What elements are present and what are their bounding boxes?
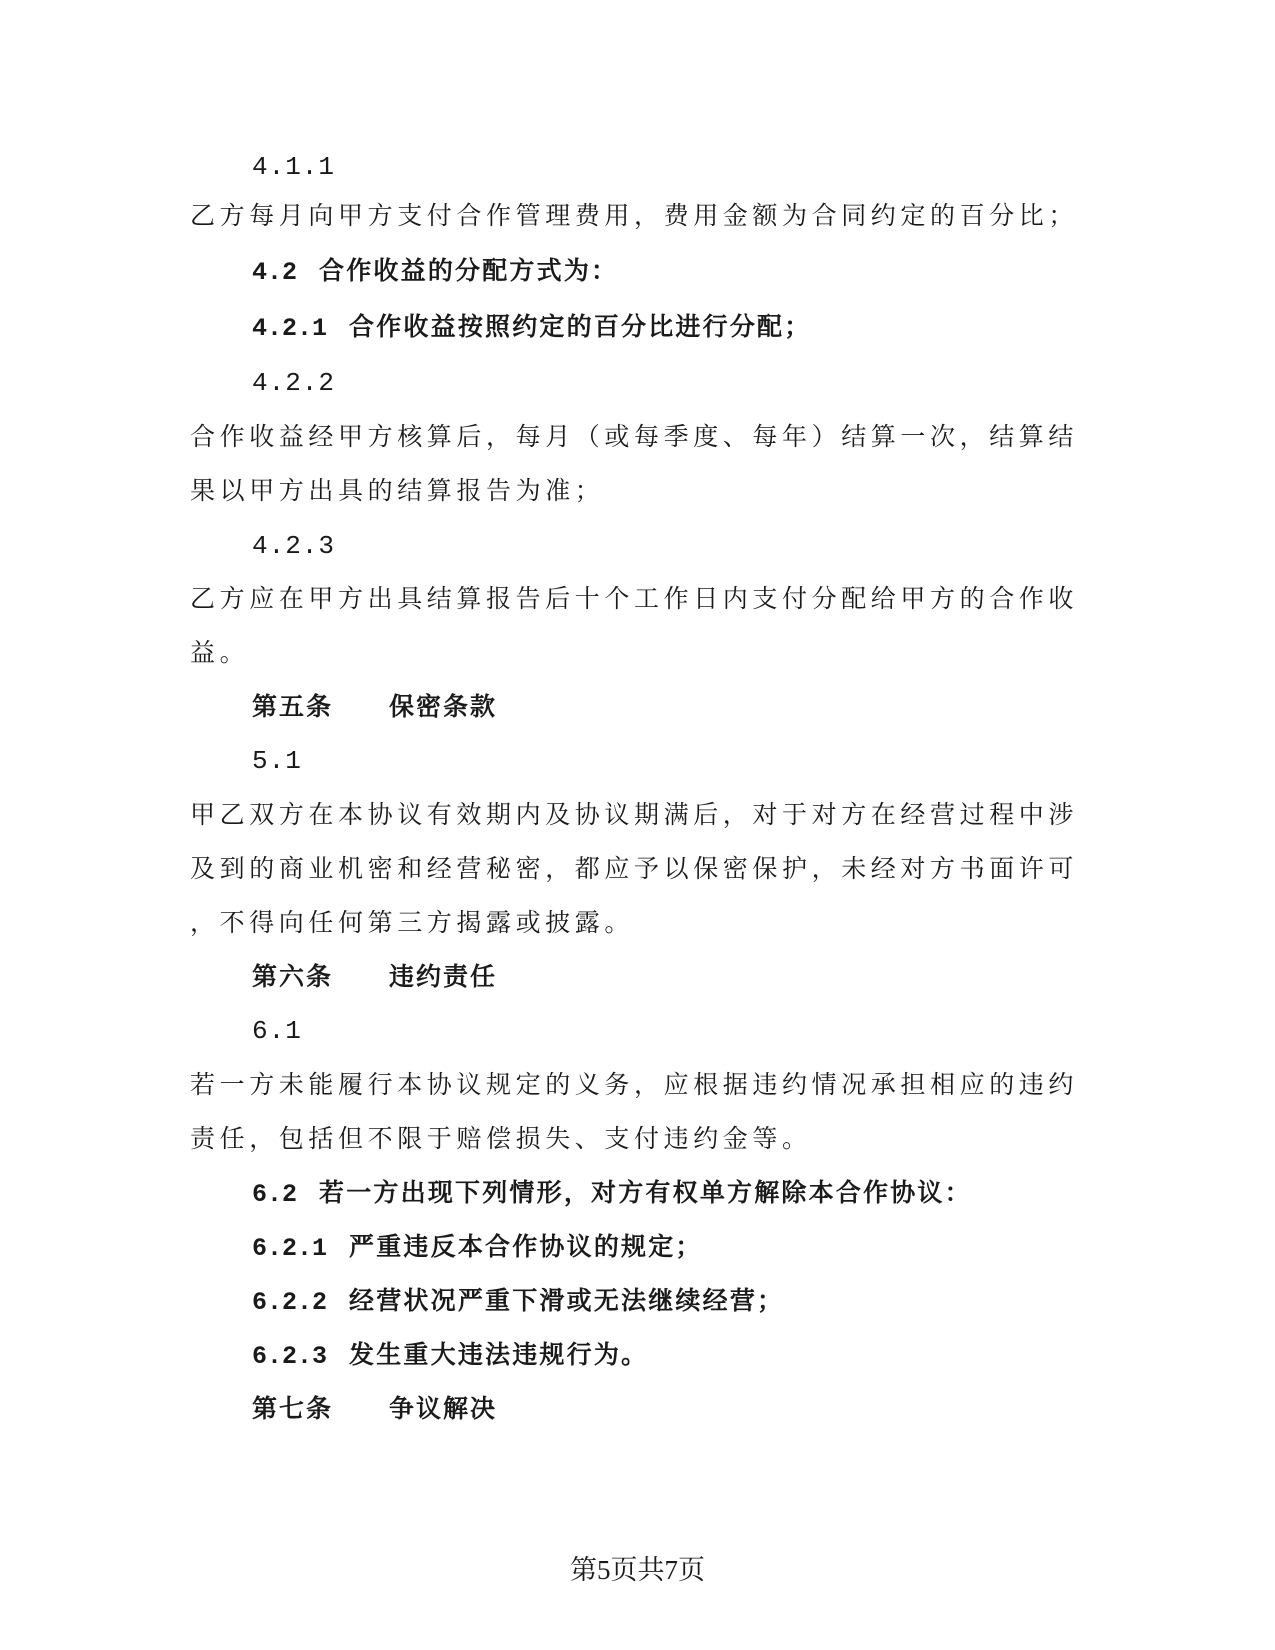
clause-heading-text: 若一方出现下列情形，对方有权单方解除本合作协议： (319, 1178, 972, 1207)
clause-heading-text: 发生重大违法违规行为。 (349, 1340, 648, 1369)
article-title: 违约责任 (389, 962, 497, 991)
clause-text: 若一方未能履行本协议规定的义务，应根据违约情况承担相应的违约 (190, 1068, 1070, 1102)
article-number: 第六条 (252, 962, 333, 991)
clause-text: 责任，包括但不限于赔偿损失、支付违约金等。 (190, 1122, 1070, 1156)
clause-number: 6.2.3 (252, 1342, 327, 1371)
clause-heading-text: 经营状况严重下滑或无法继续经营； (349, 1286, 784, 1315)
clause-heading-6-2-3: 6.2.3发生重大违法违规行为。 (252, 1338, 1132, 1374)
clause-number-4-2-2: 4.2.2 (252, 366, 1132, 400)
clause-number-6-1: 6.1 (252, 1014, 1132, 1048)
clause-text: 合作收益经甲方核算后，每月（或每季度、每年）结算一次，结算结 (190, 420, 1070, 454)
clause-number: 6.2 (252, 1180, 297, 1209)
article-heading-7: 第七条争议解决 (252, 1392, 1132, 1426)
clause-text: 甲乙双方在本协议有效期内及协议期满后，对于对方在经营过程中涉 (190, 798, 1070, 832)
clause-number: 6.2.2 (252, 1288, 327, 1317)
article-title: 保密条款 (389, 692, 497, 721)
clause-number-4-2-3: 4.2.3 (252, 529, 1132, 563)
clause-text: ，不得向任何第三方揭露或披露。 (190, 906, 1070, 940)
clause-heading-4-2: 4.2合作收益的分配方式为： (252, 254, 1132, 290)
article-number: 第七条 (252, 1394, 333, 1423)
page-indicator: 第5页共7页 (0, 1548, 1275, 1587)
clause-heading-6-2: 6.2若一方出现下列情形，对方有权单方解除本合作协议： (252, 1176, 1132, 1212)
clause-text: 益。 (190, 636, 1070, 670)
clause-text: 乙方每月向甲方支付合作管理费用，费用金额为合同约定的百分比； (190, 199, 1070, 233)
article-heading-6: 第六条违约责任 (252, 960, 1132, 994)
clause-number-5-1: 5.1 (252, 744, 1132, 778)
clause-number-4-1-1: 4.1.1 (252, 150, 1132, 184)
clause-number: 6.2.1 (252, 1234, 327, 1263)
article-heading-5: 第五条保密条款 (252, 690, 1132, 724)
clause-text: 乙方应在甲方出具结算报告后十个工作日内支付分配给甲方的合作收 (190, 582, 1070, 616)
clause-heading-text: 严重违反本合作协议的规定； (349, 1232, 703, 1261)
clause-heading-text: 合作收益按照约定的百分比进行分配； (349, 312, 811, 341)
clause-number: 4.2.1 (252, 314, 327, 343)
clause-heading-6-2-1: 6.2.1严重违反本合作协议的规定； (252, 1230, 1132, 1266)
clause-heading-4-2-1: 4.2.1合作收益按照约定的百分比进行分配； (252, 310, 1132, 346)
clause-heading-6-2-2: 6.2.2经营状况严重下滑或无法继续经营； (252, 1284, 1132, 1320)
clause-text: 及到的商业机密和经营秘密，都应予以保密保护，未经对方书面许可 (190, 852, 1070, 886)
clause-text: 果以甲方出具的结算报告为准； (190, 474, 1070, 508)
article-title: 争议解决 (389, 1394, 497, 1423)
clause-heading-text: 合作收益的分配方式为： (319, 256, 618, 285)
clause-number: 4.2 (252, 258, 297, 287)
document-page: 4.1.1 乙方每月向甲方支付合作管理费用，费用金额为合同约定的百分比； 4.2… (0, 0, 1275, 1650)
article-number: 第五条 (252, 692, 333, 721)
